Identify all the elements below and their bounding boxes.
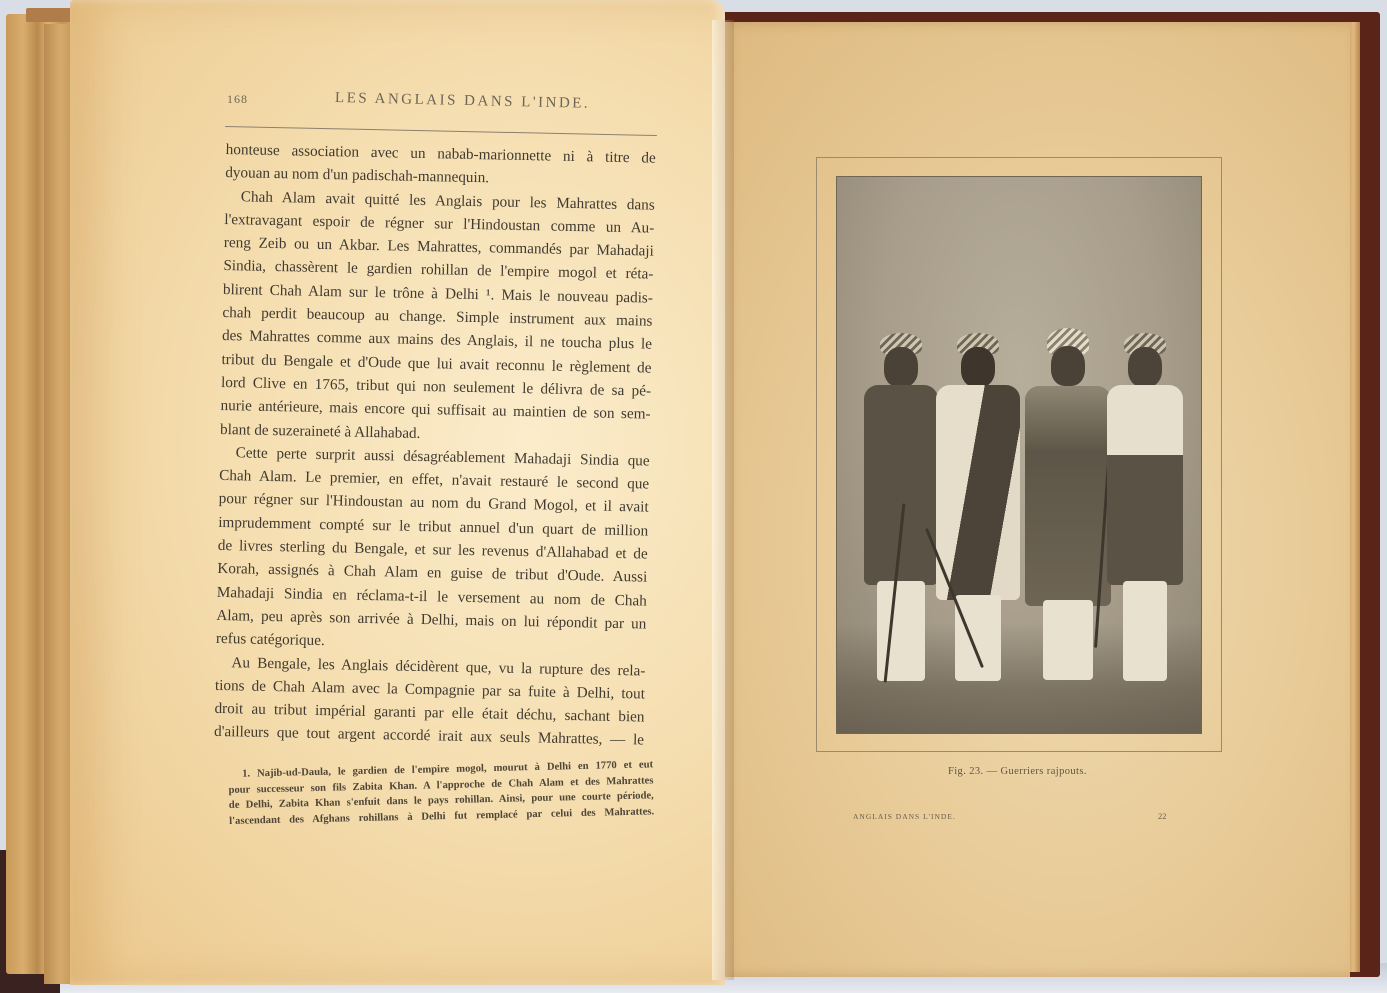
warrior-figure-2 [933, 333, 1023, 693]
running-head: 168 LES ANGLAIS DANS L'INDE. [227, 86, 657, 116]
body-text: honteuse association avec un nabab-mario… [214, 138, 656, 752]
book-gutter [712, 20, 734, 980]
figure-caption: Fig. 23. — Guerriers rajpouts. [948, 766, 1087, 777]
folio-signature-title: ANGLAIS DANS L'INDE. [853, 812, 956, 821]
folio-signature-number: 22 [1158, 811, 1167, 821]
running-title: LES ANGLAIS DANS L'INDE. [335, 90, 591, 113]
page-number: 168 [227, 92, 248, 107]
warrior-figure-4 [1105, 333, 1185, 693]
warrior-figure-3 [1023, 328, 1113, 693]
left-page-stack-edge [6, 14, 76, 974]
warrior-figure-1 [861, 333, 941, 693]
footnote: 1. Najib-ud-Daula, le gardien de l'empir… [228, 757, 654, 829]
figure-engraving [836, 176, 1202, 734]
